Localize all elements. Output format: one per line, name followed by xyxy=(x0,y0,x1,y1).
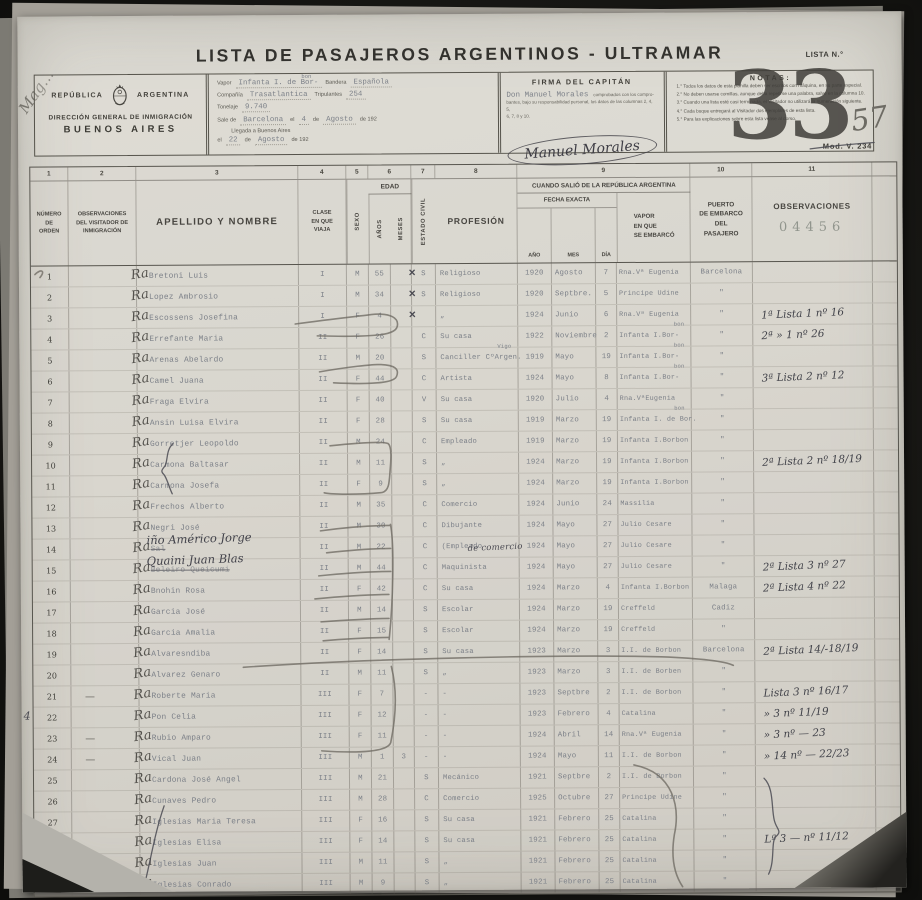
ship-cell: I.I. de Borbon xyxy=(620,746,694,766)
passenger-name-cell: Cunaves Pedro xyxy=(140,790,302,811)
sex-cell: M xyxy=(348,517,370,537)
passenger-name-cell: Iglesias Juan xyxy=(140,853,302,874)
visitador-dash: — xyxy=(85,691,94,701)
day-cell: 4 xyxy=(597,389,618,409)
port-cell: Barcelona xyxy=(693,640,755,660)
class-cell: II xyxy=(299,328,347,348)
header-apellido-nombre: APELLIDO Y NOMBRE xyxy=(136,180,299,265)
month-cell: Junio xyxy=(552,305,596,325)
sex-cell: F xyxy=(350,727,372,747)
order-number: 8 xyxy=(32,413,70,433)
day-cell: 3 xyxy=(598,662,619,682)
visitador-mark: Ra xyxy=(130,287,150,304)
age-years-cell: 44 xyxy=(369,369,391,389)
age-years-cell: 24 xyxy=(370,432,392,452)
age-months-cell: × xyxy=(391,264,412,284)
visitador-cell: Ra xyxy=(70,413,138,433)
age-years-cell: 22 xyxy=(371,537,393,557)
port-cell: " xyxy=(693,535,755,555)
arrival-day-value: 22 xyxy=(226,136,241,145)
visitador-cell: Ra xyxy=(69,287,137,307)
class-cell: II xyxy=(301,580,349,600)
ship-cell: Julio Cesare xyxy=(618,515,692,535)
typed-name: Ansin Luisa Elvira xyxy=(150,418,239,428)
visitador-mark: Ra xyxy=(133,665,153,682)
sex-cell: M xyxy=(349,538,371,558)
typed-name: Gorretjer Leopoldo xyxy=(150,439,239,449)
year-cell: 1924 xyxy=(521,725,555,745)
order-number: 25 xyxy=(34,770,72,790)
civil-status-cell: S xyxy=(415,831,439,851)
order-number: 14 xyxy=(33,539,71,559)
visitador-cell: Ra xyxy=(71,539,139,559)
age-years-cell: 9 xyxy=(373,873,395,893)
port-cell: " xyxy=(693,619,755,639)
visitador-mark: Ra xyxy=(133,728,153,745)
sex-cell: F xyxy=(347,307,369,327)
order-number: 11 xyxy=(32,476,70,496)
month-cell: Septbre xyxy=(554,683,598,703)
passenger-name-cell: Garcia José xyxy=(139,601,301,622)
day-cell: 19 xyxy=(598,620,619,640)
order-number: 224 xyxy=(34,707,72,727)
republica-box: REPÚBLICA ARGENTINA DIRECCIÓN GENERAL DE… xyxy=(35,75,207,156)
sex-cell: M xyxy=(350,790,372,810)
civil-status-cell: - xyxy=(415,705,439,725)
margin-cell xyxy=(876,723,902,743)
age-years-cell: 12 xyxy=(372,705,394,725)
month-cell: Febrero xyxy=(555,704,599,724)
day-cell: 8 xyxy=(596,368,617,388)
passenger-name-cell: Iglesias Conrado xyxy=(141,874,303,895)
day-cell: 19 xyxy=(597,473,618,493)
margin-cell xyxy=(874,513,900,533)
col-number: 7 xyxy=(411,165,435,178)
class-cell: I xyxy=(299,265,347,285)
day-cell: 25 xyxy=(599,851,620,871)
observations-cell: 2ª Lista 4 nº 22 xyxy=(755,576,875,597)
arrival-month-value: Agosto xyxy=(255,136,288,145)
year-cell: 1919 xyxy=(519,431,553,451)
month-cell: Junio xyxy=(553,494,597,514)
col-number: 11 xyxy=(752,162,872,176)
day-cell: 6 xyxy=(596,305,617,325)
month-cell: Septbre xyxy=(555,767,599,787)
class-cell: III xyxy=(302,748,350,768)
ship-cell: Creffeld xyxy=(619,620,693,640)
year-cell: 1923 xyxy=(521,704,555,724)
visitador-cell: Ra xyxy=(70,476,138,496)
visitador-cell: Ra xyxy=(70,518,138,538)
sex-cell: F xyxy=(349,643,371,663)
age-months-cell xyxy=(394,705,415,725)
margin-cell xyxy=(875,618,901,638)
x-mark: × xyxy=(409,308,416,322)
ship-cell: Principe Udine xyxy=(620,788,694,808)
sex-cell: F xyxy=(347,370,369,390)
order-number: 2 xyxy=(31,287,69,307)
ship-sup: bon xyxy=(674,363,685,370)
month-cell: Mayo xyxy=(552,368,596,388)
month-cell: Mayo xyxy=(554,557,598,577)
day-cell: 11 xyxy=(599,746,620,766)
typed-name: Alvaresndiba xyxy=(151,649,210,658)
sex-cell: M xyxy=(350,769,372,789)
year-cell: 1919 xyxy=(518,347,552,367)
age-months-cell xyxy=(392,411,413,431)
header-numero-orden: NÚMERO DE ORDEN xyxy=(30,181,69,265)
port-cell: " xyxy=(695,871,757,891)
margin-cell xyxy=(873,324,899,344)
visitador-cell: Ra xyxy=(70,455,138,475)
month-cell: Marzo xyxy=(554,662,598,682)
visitador-cell: Ra xyxy=(69,308,137,328)
port-cell: " xyxy=(694,829,756,849)
profession-cell: Religioso xyxy=(436,264,518,285)
passenger-name-cell: Iglesias Elisa xyxy=(140,832,302,853)
col-number: 8 xyxy=(435,165,517,179)
visitador-mark: Ra xyxy=(131,434,151,451)
month-cell: Marzo xyxy=(554,620,598,640)
observations-cell xyxy=(753,282,873,303)
port-cell: " xyxy=(691,346,753,366)
ship-details-box: Vapor Infanta I. de Bor-bon Bandera Espa… xyxy=(206,73,498,155)
port-cell: " xyxy=(694,745,756,765)
typed-name: Camel Juana xyxy=(150,376,204,385)
passenger-name-cell: Alvarez Genaro xyxy=(139,664,301,685)
margin-cell xyxy=(874,471,900,491)
age-years-cell: 1 xyxy=(372,747,394,767)
day-cell: 27 xyxy=(598,557,619,577)
order-number: 12 xyxy=(32,497,70,517)
visitador-dash: — xyxy=(86,733,95,743)
age-months-cell xyxy=(392,516,413,536)
margin-cell xyxy=(873,345,899,365)
typed-name: Iglesias Juan xyxy=(152,859,216,868)
age-months-cell xyxy=(394,768,415,788)
sale-port-value: Barcelona xyxy=(240,116,286,125)
civil-status-cell: C xyxy=(414,579,438,599)
order-number: 1 xyxy=(31,266,69,286)
sex-cell: M xyxy=(349,664,371,684)
class-cell: II xyxy=(301,601,349,621)
month-cell: Octubre xyxy=(555,788,599,808)
de-label: de xyxy=(313,116,319,122)
visitador-cell: Ra xyxy=(72,791,140,811)
stamp-number: 04456 xyxy=(779,217,845,237)
age-months-cell: 3 xyxy=(394,747,415,767)
republica-label: REPÚBLICA xyxy=(51,92,103,99)
typed-name: Arenas Abelardo xyxy=(149,355,223,364)
passenger-name-cell: Carmona Baltasar xyxy=(138,454,300,475)
year-cell: 1920 xyxy=(519,389,553,409)
header-anos: AÑOS xyxy=(368,194,390,263)
day-cell: 4 xyxy=(599,704,620,724)
civil-status-cell: C xyxy=(413,495,437,515)
month-cell: Febrero xyxy=(556,872,600,892)
col-number: 10 xyxy=(690,163,752,176)
passenger-name-cell: Frechos Alberto xyxy=(138,496,300,517)
passenger-name-cell: Carmona Josefa xyxy=(138,475,300,496)
age-years-cell: 9 xyxy=(370,474,392,494)
year-cell: 1921 xyxy=(521,851,555,871)
visitador-cell: Ra xyxy=(71,644,139,664)
profession-cell: Canciller CºArgen.Vigo xyxy=(436,348,518,369)
margin-cell xyxy=(875,534,901,554)
passenger-name-cell: Garcia Amalia xyxy=(139,622,301,643)
visitador-cell: Ra xyxy=(70,392,138,412)
typed-name: Rubio Amparo xyxy=(152,733,211,742)
age-months-cell xyxy=(392,453,413,473)
passenger-name-cell: Bnohin Rosa xyxy=(139,580,301,601)
visitador-cell: —Ra xyxy=(71,686,139,706)
class-cell: II xyxy=(300,517,348,537)
month-cell: Febrero xyxy=(555,830,599,850)
margin-cell xyxy=(873,303,899,323)
profession-cell: „ xyxy=(439,852,521,873)
order-number: 18 xyxy=(33,623,71,643)
civil-status-cell: S xyxy=(412,348,436,368)
age-years-cell: 21 xyxy=(372,768,394,788)
ship-sup: bon xyxy=(674,342,685,349)
age-years-cell: 35 xyxy=(370,495,392,515)
sex-cell: F xyxy=(350,811,372,831)
ship-cell: I.I. de Borbon xyxy=(619,641,693,661)
year-cell: 1924 xyxy=(520,578,554,598)
header-fecha-exacta: FECHA EXACTA xyxy=(517,193,616,209)
visitador-cell: Ra xyxy=(71,581,139,601)
visitador-cell: Ra xyxy=(71,560,139,580)
class-cell: III xyxy=(303,874,351,894)
month-cell: Mayo xyxy=(553,515,597,535)
class-cell: II xyxy=(300,391,348,411)
year-cell: 1925 xyxy=(521,788,555,808)
de-year-label: de 192 xyxy=(291,137,308,143)
observations-cell xyxy=(756,786,876,807)
age-months-cell xyxy=(393,579,414,599)
firma-title: FIRMA DEL CAPITÁN xyxy=(506,77,657,87)
civil-status-cell: C xyxy=(414,558,438,578)
month-cell: Mayo xyxy=(555,746,599,766)
civil-status-cell: S xyxy=(413,474,437,494)
coat-of-arms-icon xyxy=(111,83,129,107)
visitador-mark: Ra xyxy=(132,644,152,661)
visitador-mark: Ra xyxy=(131,455,151,472)
header-ano: AÑO xyxy=(518,208,552,262)
year-cell: 1924 xyxy=(520,536,554,556)
profession-cell: „ xyxy=(436,306,518,327)
llegada-label: Llegada a Buenos Aires xyxy=(231,127,489,135)
month-cell: Marzo xyxy=(554,578,598,598)
month-cell: Marzo xyxy=(554,599,598,619)
ship-cell: Julio Cesare xyxy=(619,536,693,556)
observations-cell xyxy=(753,261,873,282)
order-number: 21 xyxy=(33,686,71,706)
col-number: 1 xyxy=(30,167,68,180)
vapor-label: Vapor xyxy=(217,80,232,86)
visitador-cell: Ra xyxy=(71,665,139,685)
ship-sup: bon xyxy=(674,321,685,328)
port-cell: " xyxy=(691,325,753,345)
visitador-cell: Ra xyxy=(71,623,139,643)
year-cell: 1924 xyxy=(519,452,553,472)
margin-cell xyxy=(874,492,900,512)
margin-cell xyxy=(876,786,902,806)
class-cell: II xyxy=(301,664,349,684)
port-cell: " xyxy=(694,850,756,870)
profession-cell: - xyxy=(439,726,521,747)
typed-name: Bretoni Luis xyxy=(149,271,208,280)
ship-cell: Infanta I.Borbon xyxy=(619,578,693,598)
ship-cell: Catalina xyxy=(620,851,694,871)
visitador-cell: —Ra xyxy=(72,749,140,769)
port-cell: Cadiz xyxy=(693,598,755,618)
day-cell: 19 xyxy=(597,452,618,472)
order-number: 3 xyxy=(31,308,69,328)
observations-cell xyxy=(754,429,874,450)
month-cell: Marzo xyxy=(553,473,597,493)
age-months-cell xyxy=(393,642,414,662)
sex-cell: F xyxy=(349,580,371,600)
sale-de-label: Sale de xyxy=(217,117,236,123)
profession-cell: Empleado xyxy=(437,432,519,453)
port-cell: " xyxy=(694,808,756,828)
passenger-name-cell: Bretoni Luis xyxy=(137,265,299,286)
order-number: 19 xyxy=(33,644,71,664)
visitador-cell: Ra xyxy=(70,434,138,454)
order-number: 24 xyxy=(34,749,72,769)
port-cell: " xyxy=(694,703,756,723)
header-empty xyxy=(872,176,899,260)
port-cell: " xyxy=(692,514,754,534)
header-cuando-salio-group: CUANDO SALIÓ DE LA REPÚBLICA ARGENTINA F… xyxy=(517,178,691,263)
month-cell: Febrero xyxy=(555,809,599,829)
visitador-cell: Ra xyxy=(69,350,137,370)
margin-note: 4 xyxy=(24,710,31,723)
sex-cell: M xyxy=(349,601,371,621)
buenos-aires-label: BUENOS AIRES xyxy=(35,124,206,136)
handwritten-observation: 2ª Lista 14/-18/19 xyxy=(763,642,859,658)
port-cell: " xyxy=(694,787,756,807)
port-cell: " xyxy=(693,682,755,702)
margin-cell xyxy=(876,765,902,785)
big-page-stamp: 33 xyxy=(727,58,850,155)
order-number: 15 xyxy=(33,560,71,580)
bandera-label: Bandera xyxy=(325,80,346,86)
profession-cell: Mecánico xyxy=(439,768,521,789)
age-months-cell: × xyxy=(391,285,412,305)
observations-cell xyxy=(754,408,874,429)
ship-cell: Rna.Vª Eugenia xyxy=(620,725,694,745)
col-number: 5 xyxy=(346,166,368,179)
observations-cell: 2ª Lista 2 nº 18/19 xyxy=(754,450,874,471)
month-cell: Marzo xyxy=(553,431,597,451)
civil-status-cell: C xyxy=(412,327,436,347)
typed-name: Pon Celia xyxy=(152,712,196,721)
port-cell: " xyxy=(693,556,755,576)
sale-day-value: 4 xyxy=(298,115,308,124)
day-cell: 4 xyxy=(598,578,619,598)
month-cell: Marzo xyxy=(553,452,597,472)
table-header-row: NÚMERO DE ORDEN OBSERVACIONES DEL VISITA… xyxy=(30,176,897,266)
profession-cell: Su casa xyxy=(437,411,519,432)
day-cell: 3 xyxy=(598,641,619,661)
sex-cell: M xyxy=(347,265,369,285)
mod-label: Mod. V. 234 xyxy=(823,141,872,150)
profession-cell: Su casa xyxy=(438,579,520,600)
age-months-cell xyxy=(393,621,414,641)
sex-cell: M xyxy=(348,433,370,453)
header-puerto-embarco: PUERTO DE EMBARCO DEL PASAJERO xyxy=(690,177,753,261)
observations-cell xyxy=(755,660,875,681)
sex-cell: M xyxy=(350,853,372,873)
passenger-name-cell: Roberte Maria xyxy=(139,685,301,706)
ship-cell: Catalina xyxy=(621,872,695,892)
profession-cell: „ xyxy=(437,474,519,495)
margin-cell xyxy=(875,576,901,596)
passenger-name-cell: Gorretjer Leopoldo xyxy=(138,433,300,454)
passenger-name-cell: Beleiro QueicumiQuaini Juan Blas xyxy=(139,559,301,580)
order-number: 16 xyxy=(33,581,71,601)
order-number: 17 xyxy=(33,602,71,622)
ship-cell: Rna.Vª Eugenia xyxy=(617,263,691,283)
port-cell: " xyxy=(692,472,754,492)
age-months-cell xyxy=(391,369,412,389)
age-years-cell: 20 xyxy=(369,348,391,368)
visitador-cell: Ra xyxy=(69,266,137,286)
class-cell: II xyxy=(300,475,348,495)
header-profesion: PROFESIÓN xyxy=(435,179,518,263)
year-cell: 1924 xyxy=(520,557,554,577)
typed-name: Escossens Josefina xyxy=(149,313,238,323)
sex-cell: F xyxy=(350,832,372,852)
profession-cell: - xyxy=(438,684,520,705)
civil-status-cell: C xyxy=(412,369,436,389)
day-cell: 25 xyxy=(599,830,620,850)
age-months-cell xyxy=(391,327,412,347)
observations-cell: 2ª Lista 14/-18/19 xyxy=(755,639,875,660)
age-years-cell: 28 xyxy=(372,789,394,809)
year-cell: 1922 xyxy=(518,326,552,346)
observations-cell: 1ª Lista 1 nº 16 xyxy=(753,303,873,324)
ship-sup: bon xyxy=(674,405,685,412)
day-cell: 25 xyxy=(599,809,620,829)
margin-cell xyxy=(876,702,902,722)
month-cell: Mayo xyxy=(554,536,598,556)
visitador-mark: Ra xyxy=(131,392,151,409)
visitador-mark: Ra xyxy=(133,707,153,724)
class-cell: III xyxy=(302,832,350,852)
handwritten-observation: 2ª » 1 nº 26 xyxy=(761,328,825,343)
observations-cell xyxy=(755,618,875,639)
order-number: 10 xyxy=(32,455,70,475)
handwritten-observation: 2ª Lista 3 nº 27 xyxy=(762,558,845,573)
class-cell: III xyxy=(302,706,350,726)
observations-cell: 2ª » 1 nº 26 xyxy=(753,324,873,345)
profession-sup: Vigo xyxy=(497,343,511,350)
age-months-cell xyxy=(394,831,415,851)
civil-status-cell: - xyxy=(414,684,438,704)
profession-cell: Religioso xyxy=(436,285,518,306)
age-months-cell xyxy=(394,789,415,809)
profession-cell: Comercio xyxy=(437,495,519,516)
profession-cell: Escolar xyxy=(438,600,520,621)
age-months-cell xyxy=(394,810,415,830)
visitador-mark: Ra xyxy=(131,350,151,367)
civil-status-cell: S xyxy=(414,621,438,641)
visitador-cell: Ra xyxy=(70,371,138,391)
day-cell: 27 xyxy=(598,536,619,556)
